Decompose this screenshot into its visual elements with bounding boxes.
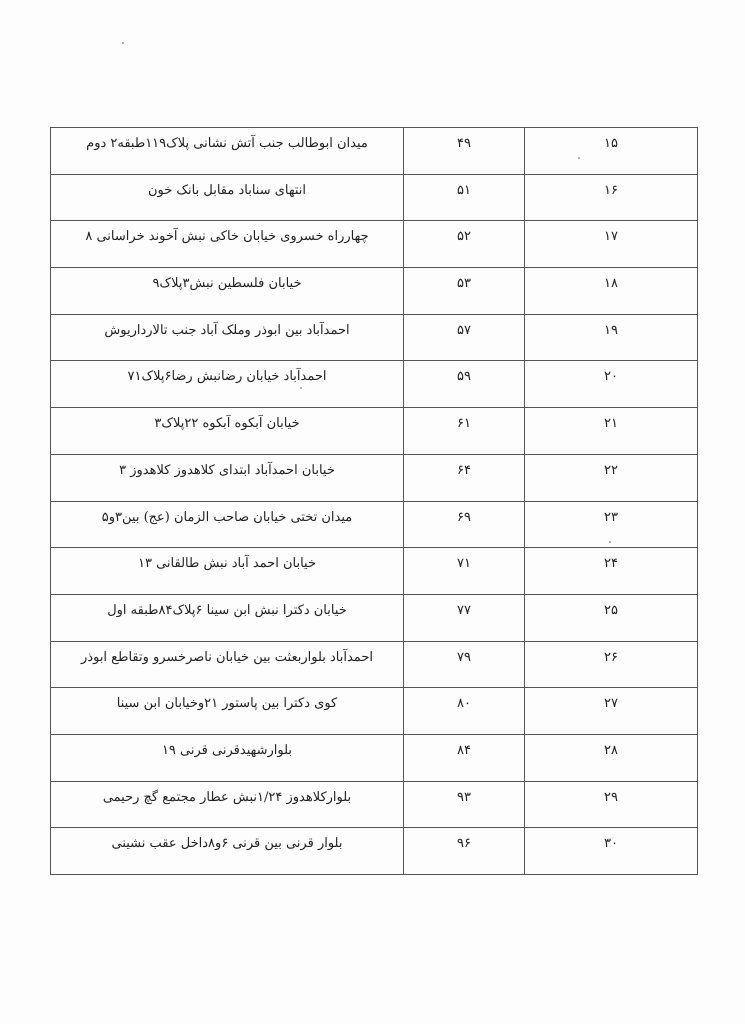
code-value: ۵۲ <box>457 229 471 244</box>
address-text: کوی دکترا بین پاستور ۲۱وخیابان ابن سینا <box>117 696 338 711</box>
code-value: ۵۳ <box>457 276 471 291</box>
address-cell: احمدآباد بلواربعثت بین خیابان ناصرخسرو و… <box>51 641 404 688</box>
row-number-cell: ۲۳ <box>525 501 698 548</box>
row-number-cell: ۲۴ <box>525 548 698 595</box>
row-number: ۲۳ <box>604 510 618 525</box>
row-number: ۲۸ <box>604 743 618 758</box>
table-row: ۲۲ ۶۴ خیابان احمدآباد ابتدای کلاهدوز کلا… <box>51 454 698 501</box>
address-text: میدان ابوطالب جنب آتش نشانی پلاک۱۱۹طبقه۲… <box>86 136 368 151</box>
address-cell: انتهای سناباد مقابل بانک خون <box>51 174 404 221</box>
table-row: ۲۸ ۸۴ بلوارشهیدقرنی قرنی ۱۹ <box>51 734 698 781</box>
code-cell: ۵۹ <box>404 361 525 408</box>
address-cell: بلوار قرنی بین قرنی ۶و۸داخل عقب نشینی <box>51 828 404 875</box>
table-row: ۱۵ ۴۹ میدان ابوطالب جنب آتش نشانی پلاک۱۱… <box>51 128 698 175</box>
address-cell: احمدآباد خیابان رضانبش رضا۶پلاک۷۱ <box>51 361 404 408</box>
address-text: خیابان احمدآباد ابتدای کلاهدوز کلاهدوز ۳ <box>119 463 335 478</box>
row-number: ۱۹ <box>604 323 618 338</box>
table-row: ۲۴ ۷۱ خیابان احمد آباد نبش طالقانی ۱۳ <box>51 548 698 595</box>
address-text: بلوارکلاهدوز ۱/۲۴نبش عطار مجتمع گچ رحیمی <box>103 790 351 805</box>
address-text: انتهای سناباد مقابل بانک خون <box>148 183 306 198</box>
row-number: ۲۶ <box>604 650 618 665</box>
table-row: ۲۱ ۶۱ خیابان آبکوه آبکوه ۲۲پلاک۳ <box>51 408 698 455</box>
code-cell: ۵۱ <box>404 174 525 221</box>
address-cell: چهارراه خسروی خیابان خاکی نبش آخوند خراس… <box>51 221 404 268</box>
row-number-cell: ۲۹ <box>525 781 698 828</box>
row-number-cell: ۱۸ <box>525 268 698 315</box>
row-number: ۳۰ <box>604 836 618 851</box>
table-row: ۱۹ ۵۷ احمدآباد بین ابوذر وملک آباد جنب ت… <box>51 314 698 361</box>
row-number-cell: ۲۷ <box>525 688 698 735</box>
row-number: ۲۹ <box>604 790 618 805</box>
scan-speck <box>122 42 124 44</box>
address-text: بلوارشهیدقرنی قرنی ۱۹ <box>162 743 292 758</box>
code-cell: ۴۹ <box>404 128 525 175</box>
address-text: خیابان آبکوه آبکوه ۲۲پلاک۳ <box>154 416 299 431</box>
table-row: ۱۸ ۵۳ خیابان فلسطین نبش۳پلاک۹ <box>51 268 698 315</box>
code-value: ۵۷ <box>457 323 471 338</box>
table-row: ۲۵ ۷۷ خیابان دکترا نبش ابن سینا ۶پلاک۸۴ط… <box>51 594 698 641</box>
code-value: ۹۳ <box>457 790 471 805</box>
code-cell: ۸۴ <box>404 734 525 781</box>
address-cell: میدان تختی خیابان صاحب الزمان (عج) بین۳و… <box>51 501 404 548</box>
code-value: ۶۴ <box>457 463 471 478</box>
code-value: ۶۹ <box>457 510 471 525</box>
address-cell: بلوارکلاهدوز ۱/۲۴نبش عطار مجتمع گچ رحیمی <box>51 781 404 828</box>
table-row: ۲۶ ۷۹ احمدآباد بلواربعثت بین خیابان ناصر… <box>51 641 698 688</box>
row-number-cell: ۲۰ <box>525 361 698 408</box>
address-cell: خیابان دکترا نبش ابن سینا ۶پلاک۸۴طبقه او… <box>51 594 404 641</box>
table-row: ۲۰ ۵۹ احمدآباد خیابان رضانبش رضا۶پلاک۷۱ <box>51 361 698 408</box>
table-row: ۳۰ ۹۶ بلوار قرنی بین قرنی ۶و۸داخل عقب نش… <box>51 828 698 875</box>
address-text: بلوار قرنی بین قرنی ۶و۸داخل عقب نشینی <box>112 836 343 851</box>
address-cell: خیابان فلسطین نبش۳پلاک۹ <box>51 268 404 315</box>
row-number-cell: ۱۹ <box>525 314 698 361</box>
row-number: ۲۰ <box>604 369 618 384</box>
code-cell: ۷۷ <box>404 594 525 641</box>
row-number: ۱۸ <box>604 276 618 291</box>
row-number: ۲۴ <box>604 556 618 571</box>
address-text: خیابان احمد آباد نبش طالقانی ۱۳ <box>138 556 316 571</box>
row-number-cell: ۲۲ <box>525 454 698 501</box>
row-number-cell: ۲۵ <box>525 594 698 641</box>
code-value: ۸۴ <box>457 743 471 758</box>
address-text: چهارراه خسروی خیابان خاکی نبش آخوند خراس… <box>85 229 368 244</box>
row-number: ۱۵ <box>604 136 618 151</box>
code-cell: ۷۱ <box>404 548 525 595</box>
code-cell: ۸۰ <box>404 688 525 735</box>
row-number: ۲۱ <box>604 416 618 431</box>
row-number-cell: ۲۶ <box>525 641 698 688</box>
code-value: ۷۱ <box>457 556 471 571</box>
code-cell: ۵۳ <box>404 268 525 315</box>
address-cell: خیابان احمد آباد نبش طالقانی ۱۳ <box>51 548 404 595</box>
address-cell: احمدآباد بین ابوذر وملک آباد جنب تالاردا… <box>51 314 404 361</box>
address-cell: خیابان احمدآباد ابتدای کلاهدوز کلاهدوز ۳ <box>51 454 404 501</box>
address-text: احمدآباد بلواربعثت بین خیابان ناصرخسرو و… <box>81 650 373 665</box>
address-text: میدان تختی خیابان صاحب الزمان (عج) بین۳و… <box>102 510 352 525</box>
table-row: ۱۶ ۵۱ انتهای سناباد مقابل بانک خون <box>51 174 698 221</box>
row-number-cell: ۲۱ <box>525 408 698 455</box>
row-number: ۲۵ <box>604 603 618 618</box>
address-table-body: ۱۵ ۴۹ میدان ابوطالب جنب آتش نشانی پلاک۱۱… <box>51 128 698 875</box>
address-text: احمدآباد بین ابوذر وملک آباد جنب تالاردا… <box>104 323 349 338</box>
address-table: ۱۵ ۴۹ میدان ابوطالب جنب آتش نشانی پلاک۱۱… <box>50 127 698 875</box>
row-number: ۱۶ <box>604 183 618 198</box>
address-text: خیابان دکترا نبش ابن سینا ۶پلاک۸۴طبقه او… <box>107 603 347 618</box>
table-row: ۲۷ ۸۰ کوی دکترا بین پاستور ۲۱وخیابان ابن… <box>51 688 698 735</box>
table-row: ۲۹ ۹۳ بلوارکلاهدوز ۱/۲۴نبش عطار مجتمع گچ… <box>51 781 698 828</box>
address-cell: بلوارشهیدقرنی قرنی ۱۹ <box>51 734 404 781</box>
code-value: ۵۱ <box>457 183 471 198</box>
address-text: خیابان فلسطین نبش۳پلاک۹ <box>152 276 301 291</box>
code-value: ۷۷ <box>457 603 471 618</box>
code-value: ۷۹ <box>457 650 471 665</box>
address-cell: میدان ابوطالب جنب آتش نشانی پلاک۱۱۹طبقه۲… <box>51 128 404 175</box>
row-number-cell: ۲۸ <box>525 734 698 781</box>
code-cell: ۹۳ <box>404 781 525 828</box>
row-number-cell: ۱۶ <box>525 174 698 221</box>
code-cell: ۷۹ <box>404 641 525 688</box>
code-cell: ۶۴ <box>404 454 525 501</box>
code-value: ۶۱ <box>457 416 471 431</box>
row-number: ۱۷ <box>604 229 618 244</box>
table-row: ۲۳ ۶۹ میدان تختی خیابان صاحب الزمان (عج)… <box>51 501 698 548</box>
row-number: ۲۲ <box>604 463 618 478</box>
code-value: ۴۹ <box>457 136 471 151</box>
code-cell: ۶۹ <box>404 501 525 548</box>
code-value: ۹۶ <box>457 836 471 851</box>
code-value: ۸۰ <box>457 696 471 711</box>
code-value: ۵۹ <box>457 369 471 384</box>
address-cell: کوی دکترا بین پاستور ۲۱وخیابان ابن سینا <box>51 688 404 735</box>
address-cell: خیابان آبکوه آبکوه ۲۲پلاک۳ <box>51 408 404 455</box>
code-cell: ۹۶ <box>404 828 525 875</box>
row-number-cell: ۳۰ <box>525 828 698 875</box>
code-cell: ۵۲ <box>404 221 525 268</box>
row-number-cell: ۱۵ <box>525 128 698 175</box>
address-text: احمدآباد خیابان رضانبش رضا۶پلاک۷۱ <box>127 369 326 384</box>
row-number-cell: ۱۷ <box>525 221 698 268</box>
code-cell: ۶۱ <box>404 408 525 455</box>
code-cell: ۵۷ <box>404 314 525 361</box>
table-row: ۱۷ ۵۲ چهارراه خسروی خیابان خاکی نبش آخون… <box>51 221 698 268</box>
row-number: ۲۷ <box>604 696 618 711</box>
